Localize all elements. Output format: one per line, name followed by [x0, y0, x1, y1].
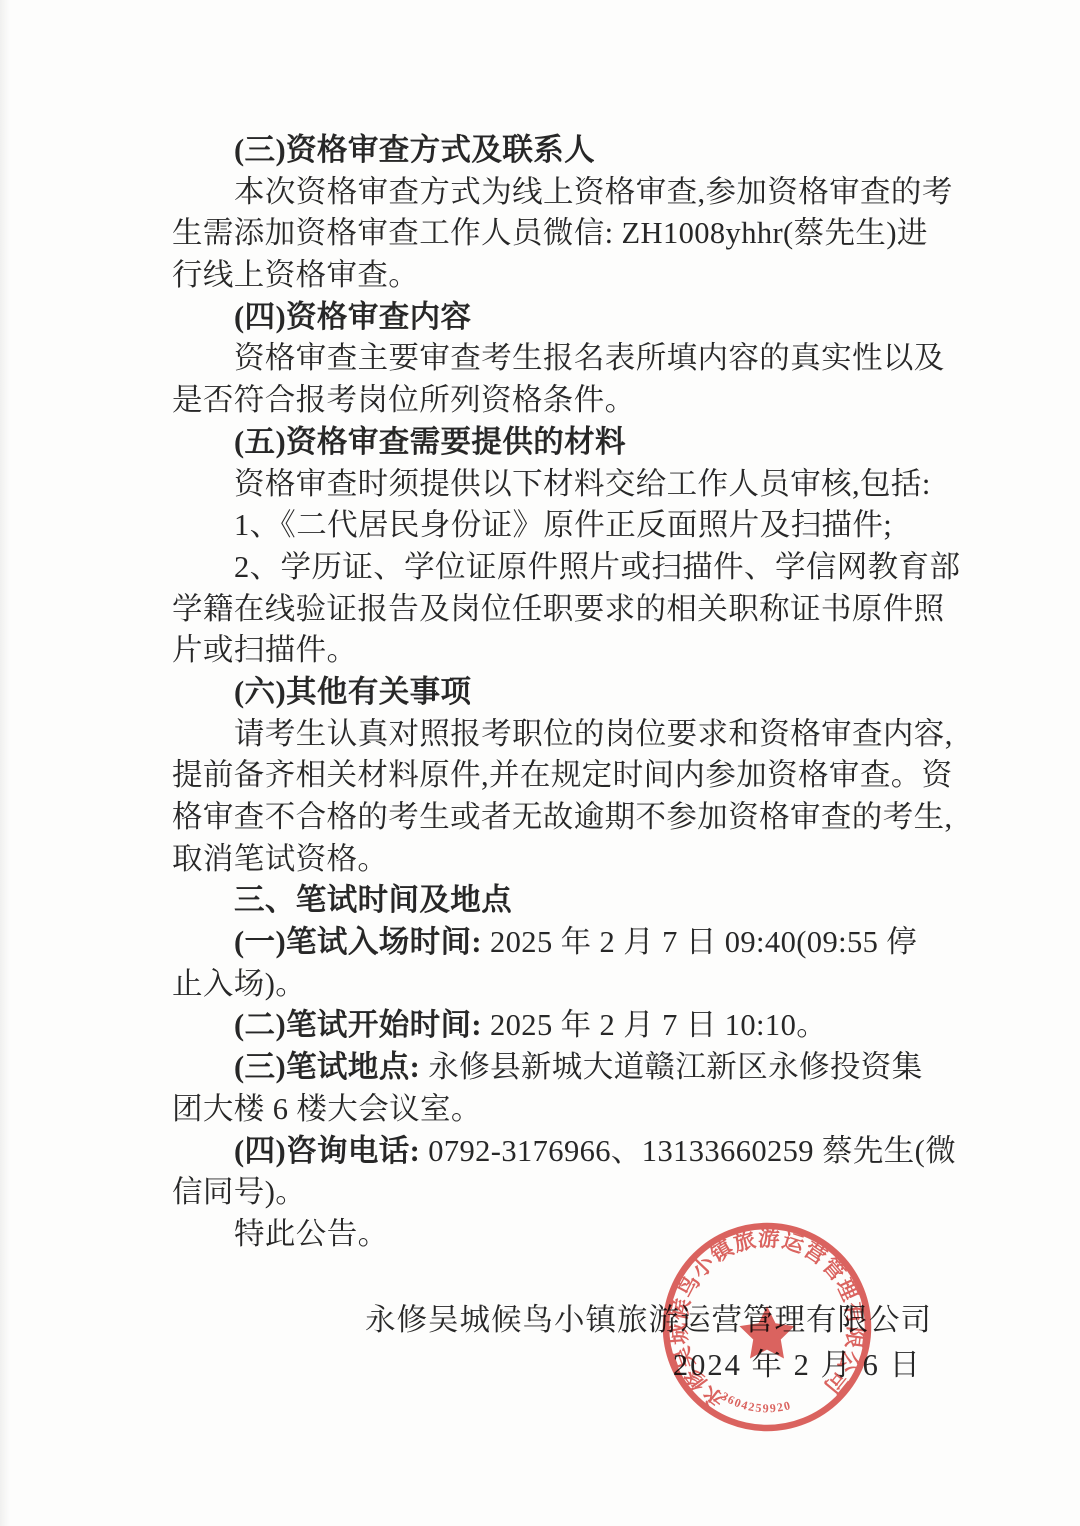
document-line: 团大楼 6 楼大会议室。 — [172, 1089, 934, 1131]
line-text-segment: 片或扫描件。 — [172, 633, 357, 667]
line-text-segment: 格审查不合格的考生或者无故逾期不参加资格审查的考生, — [172, 800, 953, 834]
document-line: 1、《二代居民身份证》原件正反面照片及扫描件; — [172, 505, 934, 547]
document-line: 取消笔试资格。 — [172, 839, 934, 881]
line-bold-segment: (四)咨询电话: — [234, 1134, 420, 1168]
line-bold-segment: 三、笔试时间及地点 — [234, 883, 512, 917]
document-line: 三、笔试时间及地点 — [172, 880, 934, 922]
line-bold-segment: (三)资格审查方式及联系人 — [234, 133, 595, 167]
line-bold-segment: (二)笔试开始时间: — [234, 1008, 482, 1042]
document-line: 片或扫描件。 — [172, 630, 934, 672]
line-text-segment: 是否符合报考岗位所列资格条件。 — [172, 383, 636, 417]
document-line: 资格审查主要审查考生报名表所填内容的真实性以及 — [172, 338, 934, 380]
document-lines: (三)资格审查方式及联系人本次资格审查方式为线上资格审查,参加资格审查的考生需添… — [172, 130, 934, 1256]
document-line: (五)资格审查需要提供的材料 — [172, 422, 934, 464]
document-line: 格审查不合格的考生或者无故逾期不参加资格审查的考生, — [172, 797, 934, 839]
line-text-segment: 资格审查时须提供以下材料交给工作人员审核,包括: — [234, 467, 931, 501]
line-text-segment: 团大楼 6 楼大会议室。 — [172, 1092, 482, 1126]
document-line: 生需添加资格审查工作人员微信: ZH1008yhhr(蔡先生)进 — [172, 213, 934, 255]
document-line: 资格审查时须提供以下材料交给工作人员审核,包括: — [172, 464, 934, 506]
document-line: 行线上资格审查。 — [172, 255, 934, 297]
official-seal-graphic: 永修吴城候鸟小镇旅游运营管理有限公司 3604259920 — [634, 1194, 900, 1460]
document-line: 学籍在线验证报告及岗位任职要求的相关职称证书原件照 — [172, 589, 934, 631]
document-line: 本次资格审查方式为线上资格审查,参加资格审查的考 — [172, 172, 934, 214]
line-text-segment: 永修县新城大道赣江新区永修投资集 — [420, 1050, 922, 1084]
line-text-segment: 止入场)。 — [172, 967, 306, 1001]
document-line: 请考生认真对照报考职位的岗位要求和资格审查内容, — [172, 714, 934, 756]
official-seal: 永修吴城候鸟小镇旅游运营管理有限公司 3604259920 — [634, 1194, 900, 1460]
line-text-segment: 本次资格审查方式为线上资格审查,参加资格审查的考 — [234, 175, 953, 209]
line-text-segment: 2025 年 2 月 7 日 10:10。 — [482, 1008, 827, 1042]
line-text-segment: 2、学历证、学位证原件照片或扫描件、学信网教育部 — [234, 550, 960, 584]
line-text-segment: 信同号)。 — [172, 1175, 306, 1209]
line-text-segment: 生需添加资格审查工作人员微信: ZH1008yhhr(蔡先生)进 — [172, 216, 928, 250]
document-line: (四)咨询电话: 0792-3176966、13133660259 蔡先生(微 — [172, 1131, 934, 1173]
document-page: (三)资格审查方式及联系人本次资格审查方式为线上资格审查,参加资格审查的考生需添… — [0, 0, 1080, 1526]
line-text-segment: 1、《二代居民身份证》原件正反面照片及扫描件; — [234, 508, 892, 542]
document-line: 2、学历证、学位证原件照片或扫描件、学信网教育部 — [172, 547, 934, 589]
line-text-segment: 提前备齐相关材料原件,并在规定时间内参加资格审查。资 — [172, 758, 953, 792]
line-text-segment: 行线上资格审查。 — [172, 258, 419, 292]
seal-number: 3604259920 — [719, 1389, 793, 1415]
line-text-segment: 特此公告。 — [234, 1217, 389, 1251]
line-bold-segment: (五)资格审查需要提供的材料 — [234, 425, 626, 459]
document-line: (二)笔试开始时间: 2025 年 2 月 7 日 10:10。 — [172, 1005, 934, 1047]
line-bold-segment: (一)笔试入场时间: — [234, 925, 482, 959]
line-text-segment: 0792-3176966、13133660259 蔡先生(微 — [420, 1134, 956, 1168]
line-text-segment: 请考生认真对照报考职位的岗位要求和资格审查内容, — [234, 717, 953, 751]
seal-star-icon — [739, 1306, 794, 1359]
document-line: 止入场)。 — [172, 964, 934, 1006]
document-line: 是否符合报考岗位所列资格条件。 — [172, 380, 934, 422]
line-text-segment: 学籍在线验证报告及岗位任职要求的相关职称证书原件照 — [172, 592, 945, 626]
document-line: (三)资格审查方式及联系人 — [172, 130, 934, 172]
line-bold-segment: (六)其他有关事项 — [234, 675, 471, 709]
document-line: (六)其他有关事项 — [172, 672, 934, 714]
line-bold-segment: (四)资格审查内容 — [234, 300, 471, 334]
line-text-segment: 2025 年 2 月 7 日 09:40(09:55 停 — [482, 925, 917, 959]
line-bold-segment: (三)笔试地点: — [234, 1050, 420, 1084]
document-line: (一)笔试入场时间: 2025 年 2 月 7 日 09:40(09:55 停 — [172, 922, 934, 964]
line-text-segment: 资格审查主要审查考生报名表所填内容的真实性以及 — [234, 341, 945, 375]
line-text-segment: 取消笔试资格。 — [172, 842, 388, 876]
document-line: 提前备齐相关材料原件,并在规定时间内参加资格审查。资 — [172, 755, 934, 797]
document-line: (三)笔试地点: 永修县新城大道赣江新区永修投资集 — [172, 1047, 934, 1089]
document-line: (四)资格审查内容 — [172, 297, 934, 339]
